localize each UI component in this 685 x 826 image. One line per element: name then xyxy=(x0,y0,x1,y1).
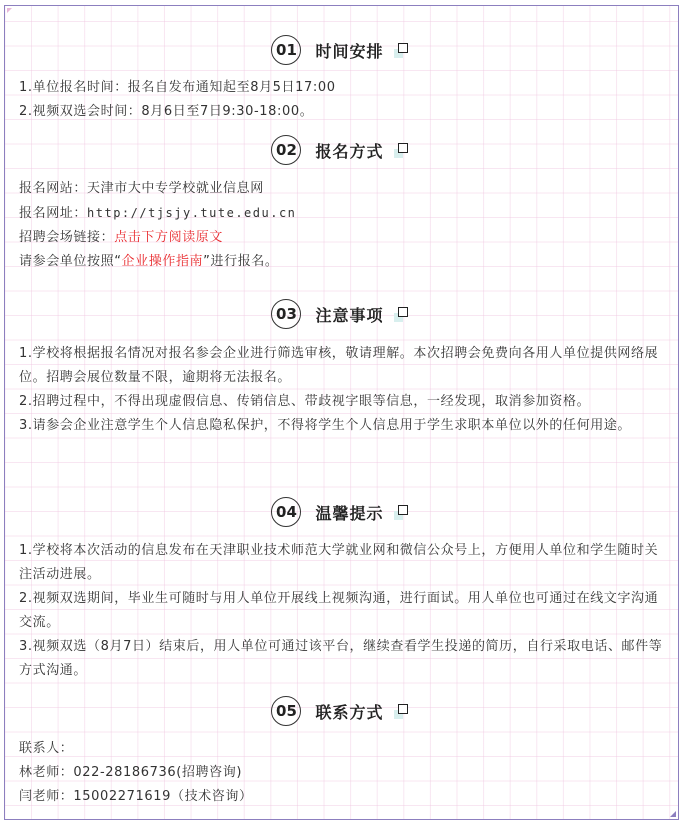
guide-prefix: 请参会单位按照“ xyxy=(19,254,122,269)
section-header-tips: 04 温馨提示 xyxy=(5,494,678,530)
contact-line: 闫老师：15002271619（技术咨询） xyxy=(19,785,669,809)
operation-guide-link[interactable]: 企业操作指南 xyxy=(122,254,204,269)
schedule-line: 1.单位报名时间：报名自发布通知起至8月5日17:00 xyxy=(19,76,669,100)
url-link[interactable]: http://tjsjy.tute.edu.cn xyxy=(87,206,296,220)
section-title: 温馨提示 xyxy=(315,501,383,524)
guide-line: 请参会单位按照“企业操作指南”进行报名。 xyxy=(19,250,669,274)
corner-decoration xyxy=(670,811,676,817)
venue-link-line: 招聘会场链接：点击下方阅读原文 xyxy=(19,226,669,250)
tip-item: 1.学校将本次活动的信息发布在天津职业技术师范大学就业网和微信公众号上，方便用人… xyxy=(19,539,669,587)
section-number-badge: 01 xyxy=(271,35,301,65)
section-number-badge: 05 xyxy=(271,696,301,726)
section-header-registration: 02 报名方式 xyxy=(5,132,678,168)
section-body-notes: 1.学校将根据报名情况对报名参会企业进行筛选审核，敬请理解。本次招聘会免费向各用… xyxy=(19,342,669,438)
contact-line: 联系人： xyxy=(19,737,669,761)
section-number-badge: 03 xyxy=(271,299,301,329)
guide-suffix: ”进行报名。 xyxy=(203,254,278,269)
section-header-schedule: 01 时间安排 xyxy=(5,32,678,68)
note-item: 3.请参会企业注意学生个人信息隐私保护，不得将学生个人信息用于学生求职本单位以外… xyxy=(19,414,669,438)
url-label: 报名网址： xyxy=(19,206,87,221)
section-body-registration: 报名网站：天津市大中专学校就业信息网 报名网址：http://tjsjy.tut… xyxy=(19,177,669,274)
square-mark-icon xyxy=(398,505,412,519)
note-item: 1.学校将根据报名情况对报名参会企业进行筛选审核，敬请理解。本次招聘会免费向各用… xyxy=(19,342,669,390)
section-title: 报名方式 xyxy=(315,139,383,162)
venue-link-label: 招聘会场链接： xyxy=(19,230,114,245)
section-number-badge: 04 xyxy=(271,497,301,527)
section-title: 时间安排 xyxy=(315,39,383,62)
registration-site-line: 报名网站：天津市大中专学校就业信息网 xyxy=(19,177,669,201)
section-title: 联系方式 xyxy=(315,700,383,723)
square-mark-icon xyxy=(398,143,412,157)
tip-item: 2.视频双选期间，毕业生可随时与用人单位开展线上视频沟通，进行面试。用人单位也可… xyxy=(19,587,669,635)
section-number-badge: 02 xyxy=(271,135,301,165)
site-value: 天津市大中专学校就业信息网 xyxy=(87,181,264,196)
registration-url-line: 报名网址：http://tjsjy.tute.edu.cn xyxy=(19,201,669,226)
contact-line: 林老师：022-28186736(招聘咨询) xyxy=(19,761,669,785)
section-header-contact: 05 联系方式 xyxy=(5,693,678,729)
section-body-tips: 1.学校将本次活动的信息发布在天津职业技术师范大学就业网和微信公众号上，方便用人… xyxy=(19,539,669,683)
notice-frame: 01 时间安排 1.单位报名时间：报名自发布通知起至8月5日17:00 2.视频… xyxy=(4,5,679,820)
site-label: 报名网站： xyxy=(19,181,87,196)
square-mark-icon xyxy=(398,704,412,718)
square-mark-icon xyxy=(398,307,412,321)
square-mark-icon xyxy=(398,43,412,57)
note-item: 2.招聘过程中，不得出现虚假信息、传销信息、带歧视字眼等信息，一经发现，取消参加… xyxy=(19,390,669,414)
section-body-contact: 联系人： 林老师：022-28186736(招聘咨询) 闫老师：15002271… xyxy=(19,737,669,809)
read-original-link[interactable]: 点击下方阅读原文 xyxy=(114,230,223,245)
section-header-notes: 03 注意事项 xyxy=(5,296,678,332)
schedule-line: 2.视频双选会时间：8月6日至7日9:30-18:00。 xyxy=(19,100,669,124)
section-body-schedule: 1.单位报名时间：报名自发布通知起至8月5日17:00 2.视频双选会时间：8月… xyxy=(19,76,669,124)
tip-item: 3.视频双选（8月7日）结束后，用人单位可通过该平台，继续查看学生投递的简历，自… xyxy=(19,635,669,683)
section-title: 注意事项 xyxy=(315,303,383,326)
corner-decoration xyxy=(7,8,12,13)
